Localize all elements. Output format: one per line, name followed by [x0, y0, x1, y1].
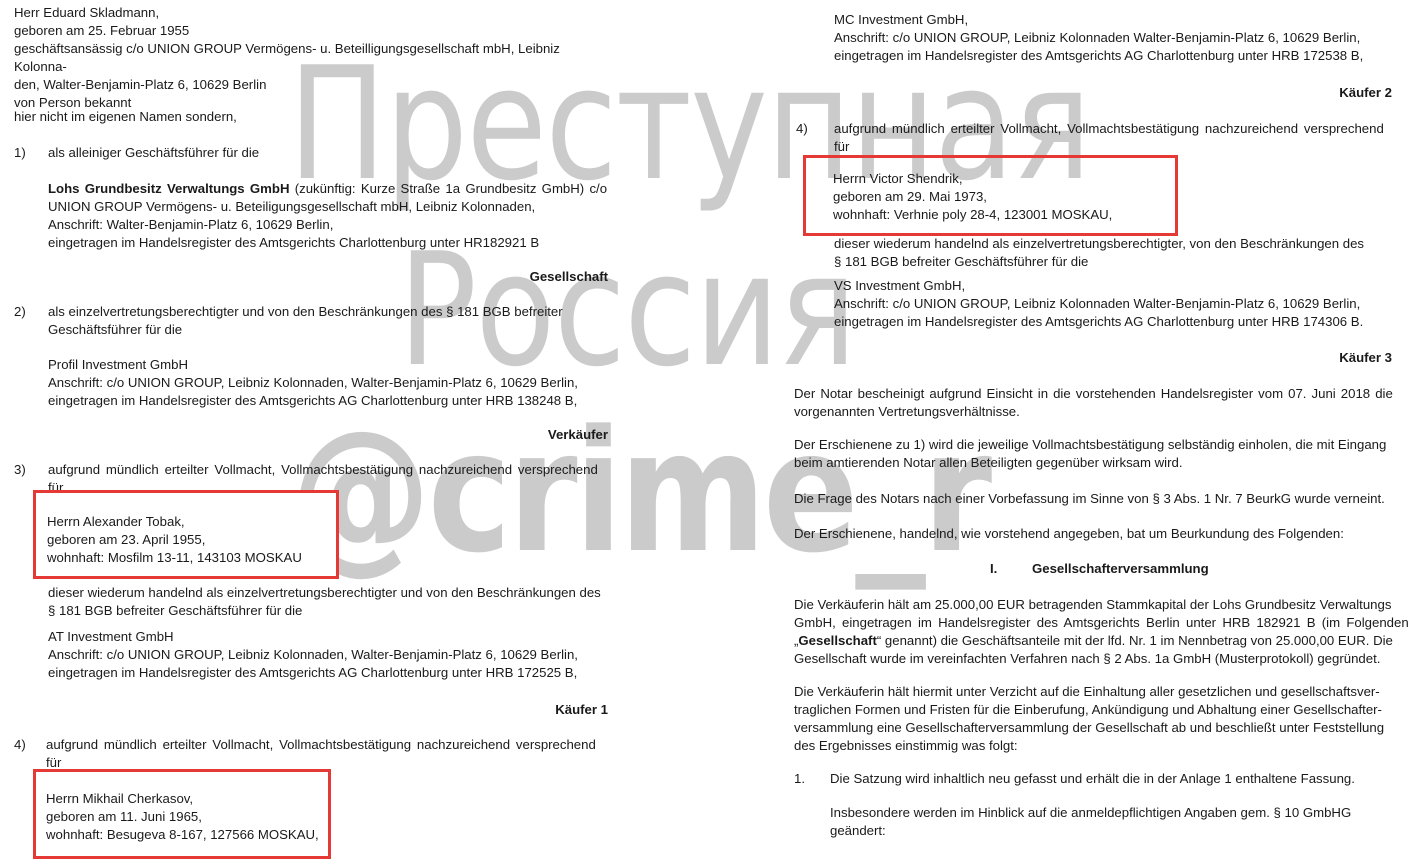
role-label: Käufer 1	[555, 701, 608, 719]
item-text-line: für	[834, 138, 1392, 156]
resolution-subtext: Insbesondere werden im Hinblick auf die …	[830, 804, 1392, 840]
resolution-subtext-line: Insbesondere werden im Hinblick auf die …	[830, 804, 1392, 822]
intro-line: Herr Eduard Skladmann,	[14, 4, 608, 22]
item-number: 2)	[14, 303, 26, 321]
item-number: 3)	[14, 461, 26, 479]
acting-line: dieser wiederum handelnd als einzelvertr…	[48, 584, 608, 602]
paragraph-line: Die Verkäuferin hält hiermit unter Verzi…	[794, 683, 1392, 701]
role-label: Käufer 3	[1339, 349, 1392, 367]
resolution-subtext-line: geändert:	[830, 822, 1392, 840]
appearing-party-block: Herr Eduard Skladmann, geboren am 25. Fe…	[14, 4, 608, 112]
highlight-box-shendrik: Herrn Victor Shendrik, geboren am 29. Ma…	[803, 155, 1178, 236]
resolution-number: 1.	[794, 770, 805, 788]
company-line: eingetragen im Handelsregister des Amtsg…	[48, 664, 608, 682]
company-line: AT Investment GmbH	[48, 628, 608, 646]
acting-line: § 181 BGB befreiter Geschäftsführer für …	[48, 602, 608, 620]
company-line: UNION GROUP Vermögens- u. Beteiligungsge…	[48, 198, 608, 216]
person-address: wohnhaft: Besugeva 8-167, 127566 MOSKAU,	[46, 826, 319, 844]
highlight-box-tobak: Herrn Alexander Tobak, geboren am 23. Ap…	[33, 490, 339, 579]
acting-statement: dieser wiederum handelnd als einzelvertr…	[48, 584, 608, 620]
intro-line: geboren am 25. Februar 1955	[14, 22, 608, 40]
item-text-line: Geschäftsführer für die	[48, 321, 608, 339]
item-text: aufgrund mündlich erteilter Vollmacht, V…	[46, 736, 608, 772]
paragraph-line: beim amtierenden Notar allen Beteiligten…	[794, 454, 1392, 472]
company-block-at: AT Investment GmbH Anschrift: c/o UNION …	[48, 628, 608, 682]
role-label: Käufer 2	[1339, 84, 1392, 102]
company-block-profil: Profil Investment GmbH Anschrift: c/o UN…	[48, 356, 608, 410]
person-address: wohnhaft: Verhnie poly 28-4, 123001 MOSK…	[833, 206, 1112, 224]
company-line: Anschrift: c/o UNION GROUP, Leibniz Kolo…	[834, 295, 1392, 313]
intro-line: den, Walter-Benjamin-Platz 6, 10629 Berl…	[14, 76, 608, 94]
paragraph-line: Gesellschaft wurde im vereinfachten Verf…	[794, 650, 1392, 668]
power-of-attorney-statement: Der Erschienene zu 1) wird die jeweilige…	[794, 436, 1392, 472]
section-title: Gesellschafterversammlung	[1032, 561, 1209, 576]
paragraph-line: des Ergebnisses einstimmig was folgt:	[794, 737, 1392, 755]
person-name: Herrn Victor Shendrik,	[833, 170, 1112, 188]
acting-line: dieser wiederum handelnd als einzelvertr…	[834, 235, 1392, 253]
person-name: Herrn Mikhail Cherkasov,	[46, 790, 319, 808]
company-line: VS Investment GmbH,	[834, 277, 1392, 295]
person-birthdate: geboren am 23. April 1955,	[47, 531, 302, 549]
role-label: Gesellschaft	[530, 268, 608, 286]
company-block-lohs: Lohs Grundbesitz Verwaltungs GmbH (zukün…	[48, 180, 608, 252]
company-line: Anschrift: Walter-Benjamin-Platz 6, 1062…	[48, 216, 608, 234]
item-number: 4)	[14, 736, 26, 754]
company-line: eingetragen im Handelsregister des Amtsg…	[834, 47, 1392, 65]
item-text-line: aufgrund mündlich erteilter Vollmacht, V…	[48, 461, 608, 479]
item-text: aufgrund mündlich erteilter Vollmacht, V…	[834, 120, 1392, 156]
company-block-vs: VS Investment GmbH, Anschrift: c/o UNION…	[834, 277, 1392, 331]
paragraph-line: Der Notar bescheinigt aufgrund Einsicht …	[794, 385, 1392, 403]
meeting-paragraph: Die Verkäuferin hält hiermit unter Verzi…	[794, 683, 1392, 755]
company-line: Profil Investment GmbH	[48, 356, 608, 374]
person-address: wohnhaft: Mosfilm 13-11, 143103 MOSKAU	[47, 549, 302, 567]
item-text: als einzelvertretungsberechtigter und vo…	[48, 303, 608, 339]
highlight-box-cherkasov: Herrn Mikhail Cherkasov, geboren am 11. …	[33, 769, 331, 859]
item-text-line: aufgrund mündlich erteilter Vollmacht, V…	[46, 736, 608, 754]
section-heading: I.Gesellschafterversammlung	[990, 560, 1209, 578]
shareholding-paragraph: Die Verkäuferin hält am 25.000,00 EUR be…	[794, 596, 1392, 668]
company-line: MC Investment GmbH,	[834, 11, 1392, 29]
item-number: 4)	[796, 120, 808, 138]
acting-line: § 181 BGB befreiter Geschäftsführer für …	[834, 253, 1392, 271]
intro-line: geschäftsansässig c/o UNION GROUP Vermög…	[14, 40, 608, 76]
person-birthdate: geboren am 11. Juni 1965,	[46, 808, 319, 826]
person-birthdate: geboren am 29. Mai 1973,	[833, 188, 1112, 206]
paragraph-line: traglichen Formen und Fristen für die Ei…	[794, 701, 1392, 719]
item-text-line: aufgrund mündlich erteilter Vollmacht, V…	[834, 120, 1392, 138]
prior-involvement-statement: Die Frage des Notars nach einer Vorbefas…	[794, 490, 1392, 508]
role-label: Verkäufer	[548, 426, 608, 444]
paragraph-line: GmbH, eingetragen im Handelsregister des…	[794, 614, 1392, 632]
company-line: eingetragen im Handelsregister des Amtsg…	[48, 392, 608, 410]
company-line: Anschrift: c/o UNION GROUP, Leibniz Kolo…	[834, 29, 1392, 47]
paragraph-line: Der Erschienene zu 1) wird die jeweilige…	[794, 436, 1392, 454]
paragraph-line: vorgenannten Vertretungsverhältnisse.	[794, 403, 1392, 421]
capacity-statement: hier nicht im eigenen Namen sondern,	[14, 108, 608, 126]
item-text: als alleiniger Geschäftsführer für die	[48, 144, 608, 162]
paragraph-line: versammlung eine Gesellschafterversammlu…	[794, 719, 1392, 737]
defined-term: Gesellschaft	[798, 633, 876, 648]
company-future-name: (zukünftig: Kurze Straße 1a Grundbesitz …	[289, 181, 607, 196]
paragraph-line: Die Verkäuferin hält am 25.000,00 EUR be…	[794, 596, 1392, 614]
resolution-text: Die Satzung wird inhaltlich neu gefasst …	[830, 770, 1392, 788]
company-line: Anschrift: c/o UNION GROUP, Leibniz Kolo…	[48, 646, 608, 664]
request-statement: Der Erschienene, handelnd, wie vorstehen…	[794, 525, 1392, 543]
paragraph-text: “ genannt) die Geschäftsanteile mit der …	[877, 633, 1393, 648]
notary-certification: Der Notar bescheinigt aufgrund Einsicht …	[794, 385, 1392, 421]
company-block-mc: MC Investment GmbH, Anschrift: c/o UNION…	[834, 11, 1392, 65]
company-line: eingetragen im Handelsregister des Amtsg…	[48, 234, 608, 252]
item-text-line: als einzelvertretungsberechtigter und vo…	[48, 303, 608, 321]
person-name: Herrn Alexander Tobak,	[47, 513, 302, 531]
item-number: 1)	[14, 144, 26, 162]
acting-statement: dieser wiederum handelnd als einzelvertr…	[834, 235, 1392, 271]
section-numeral: I.	[990, 560, 1032, 578]
company-line: eingetragen im Handelsregister des Amtsg…	[834, 313, 1392, 331]
company-line: Anschrift: c/o UNION GROUP, Leibniz Kolo…	[48, 374, 608, 392]
company-name: Lohs Grundbesitz Verwaltungs GmbH	[48, 181, 289, 196]
